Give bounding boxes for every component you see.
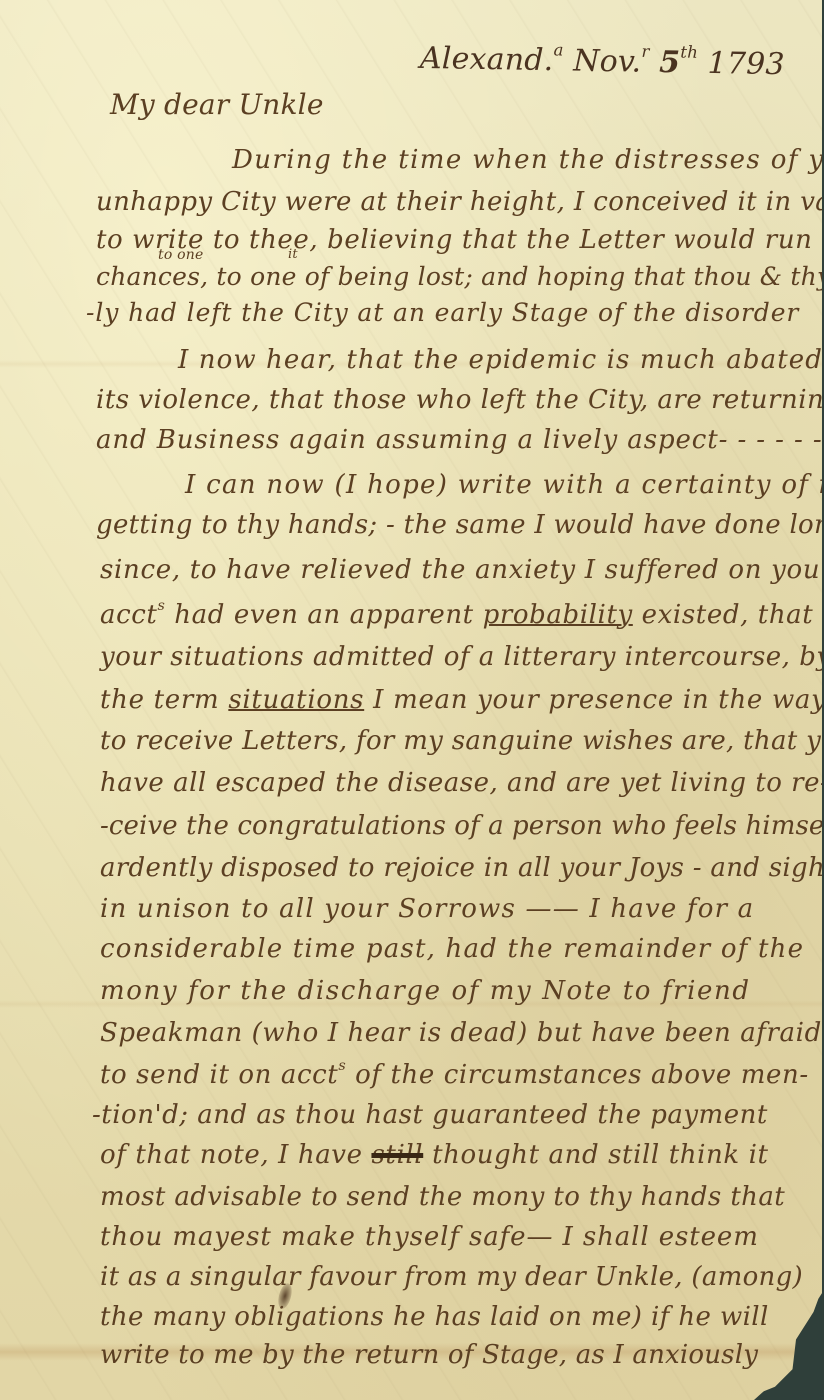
letter-line: its violence, that those who left the Ci…	[96, 385, 822, 415]
letter-line: of that note, I have still thought and s…	[100, 1140, 769, 1170]
letter-line: -ly had left the City at an early Stage …	[86, 298, 799, 327]
letter-line: chances, to one of being lost; and hopin…	[96, 262, 822, 291]
letter-line: ardently disposed to rejoice in all your…	[100, 853, 822, 883]
letter-line: unhappy City were at their height, I con…	[96, 187, 822, 217]
letter-line: thou mayest make thyself safe— I shall e…	[100, 1222, 759, 1252]
underlined-word: probability	[483, 600, 633, 630]
letter-line: the term situations I mean your presence…	[100, 685, 822, 715]
underlined-word: situations	[228, 685, 364, 715]
letter-line: mony for the discharge of my Note to fri…	[100, 976, 751, 1006]
date-line: Alexand.a Nov.r 5th 1793	[420, 38, 785, 82]
letter-page: Alexand.a Nov.r 5th 1793 My dear Unkle D…	[0, 0, 822, 1400]
letter-line: accts had even an apparent probability e…	[100, 598, 813, 630]
salutation: My dear Unkle	[110, 88, 324, 121]
letter-line: since, to have relieved the anxiety I su…	[100, 555, 822, 585]
letter-line: to write to thee, believing that the Let…	[96, 225, 822, 255]
letter-line: write to me by the return of Stage, as I…	[100, 1340, 758, 1370]
letter-line: -ceive the congratulations of a person w…	[100, 811, 822, 841]
interlinear-note: it	[288, 247, 298, 262]
letter-line: and Business again assuming a lively asp…	[96, 425, 822, 455]
letter-line: -tion'd; and as thou hast guaranteed the…	[92, 1100, 768, 1130]
letter-line: your situations admitted of a litterary …	[100, 642, 822, 672]
letter-line: in unison to all your Sorrows —— I have …	[100, 894, 754, 924]
interlinear-note: to one	[158, 247, 203, 263]
letter-line: to send it on accts of the circumstances…	[100, 1058, 809, 1090]
letter-line: to receive Letters, for my sanguine wish…	[100, 726, 822, 756]
letter-line: During the time when the distresses of y…	[232, 145, 822, 175]
letter-line: considerable time past, had the remainde…	[100, 934, 804, 964]
struck-through-word: still	[371, 1140, 423, 1170]
date-day: 5	[659, 45, 681, 80]
date-month: Nov.	[573, 44, 642, 80]
letter-line: it as a singular favour from my dear Unk…	[100, 1262, 803, 1292]
letter-line: I now hear, that the epidemic is much ab…	[178, 345, 822, 375]
letter-line: I can now (I hope) write with a certaint…	[185, 470, 822, 500]
letter-line: the many obligations he has laid on me) …	[100, 1302, 769, 1332]
letter-line: Speakman (who I hear is dead) but have b…	[100, 1018, 822, 1048]
letter-line: most advisable to send the mony to thy h…	[100, 1182, 785, 1212]
date-place: Alexand.	[420, 41, 554, 78]
date-year: 1793	[707, 46, 785, 82]
letter-line: getting to thy hands; - the same I would…	[96, 510, 822, 540]
letter-line: have all escaped the disease, and are ye…	[100, 768, 822, 798]
